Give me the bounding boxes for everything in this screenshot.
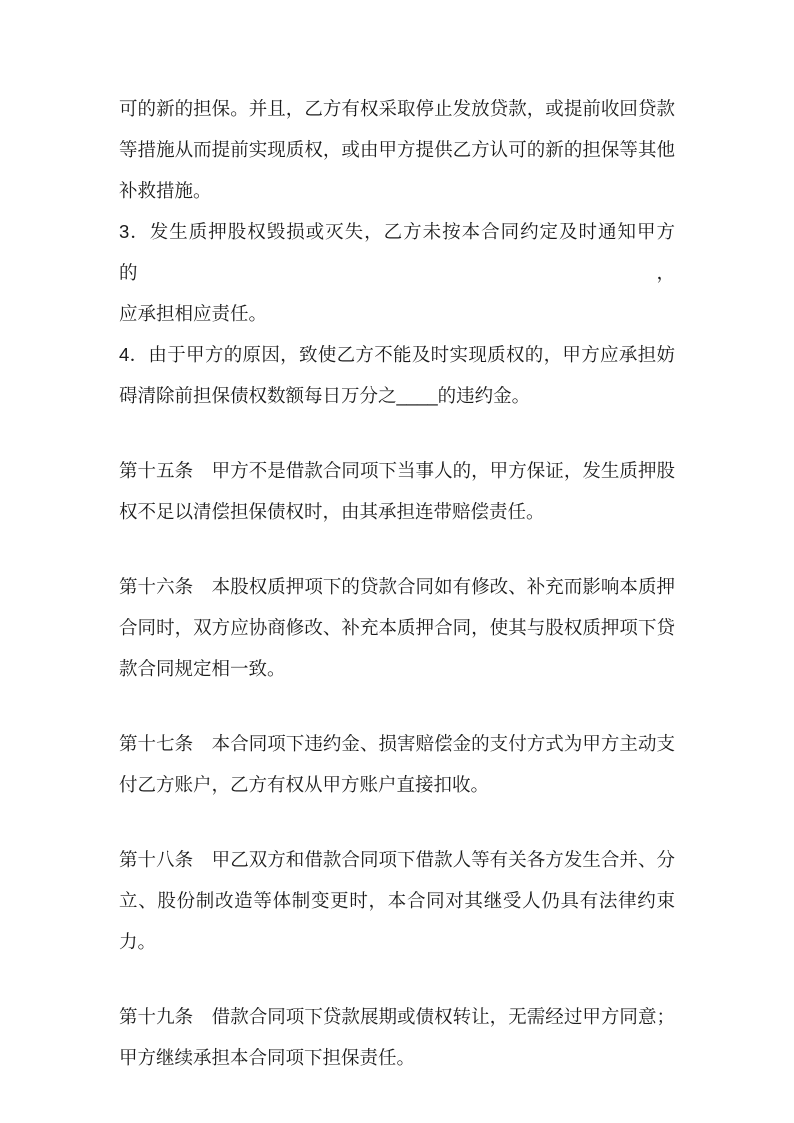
text-line: 付乙方账户，乙方有权从甲方账户直接扣收。: [119, 764, 675, 805]
text-line: 权不足以清偿担保债权时，由其承担连带赔偿责任。: [119, 491, 675, 532]
text-line: 第十七条 本合同项下违约金、损害赔偿金的支付方式为甲方主动支: [119, 723, 675, 764]
text-line: 第十五条 甲方不是借款合同项下当事人的，甲方保证，发生质押股: [119, 450, 675, 491]
page: 可的新的担保。并且，乙方有权采取停止发放贷款，或提前收回贷款等措施从而提前实现质…: [0, 0, 794, 1123]
numbered-item-3: 3．发生质押股权毁损或灭失，乙方未按本合同约定及时通知甲方的，应承担相应责任。: [119, 211, 675, 334]
text-line: 甲方继续承担本合同项下担保责任。: [119, 1037, 675, 1078]
document-body: 可的新的担保。并且，乙方有权采取停止发放贷款，或提前收回贷款等措施从而提前实现质…: [119, 88, 675, 1078]
text-line: 4．由于甲方的原因，致使乙方不能及时实现质权的，甲方应承担妨: [119, 334, 675, 375]
text-line: 第十八条 甲乙双方和借款合同项下借款人等有关各方发生合并、分: [119, 839, 675, 880]
text-line: 3．发生质押股权毁损或灭失，乙方未按本合同约定及时通知甲方的，: [119, 211, 675, 293]
text-line: 第十九条 借款合同项下贷款展期或债权转让，无需经过甲方同意；: [119, 996, 675, 1037]
text-line: 第十六条 本股权质押项下的贷款合同如有修改、补充而影响本质押: [119, 566, 675, 607]
article-17: 第十七条 本合同项下违约金、损害赔偿金的支付方式为甲方主动支付乙方账户，乙方有权…: [119, 723, 675, 805]
text-line: 可的新的担保。并且，乙方有权采取停止发放贷款，或提前收回贷款: [119, 88, 675, 129]
text-line: 立、股份制改造等体制变更时，本合同对其继受人仍具有法律约束力。: [119, 880, 675, 962]
text-line: 款合同规定相一致。: [119, 648, 675, 689]
text-line: 等措施从而提前实现质权，或由甲方提供乙方认可的新的担保等其他: [119, 129, 675, 170]
clause-continuation-paragraph: 可的新的担保。并且，乙方有权采取停止发放贷款，或提前收回贷款等措施从而提前实现质…: [119, 88, 675, 211]
article-15: 第十五条 甲方不是借款合同项下当事人的，甲方保证，发生质押股权不足以清偿担保债权…: [119, 450, 675, 532]
numbered-item-4: 4．由于甲方的原因，致使乙方不能及时实现质权的，甲方应承担妨碍清除前担保债权数额…: [119, 334, 675, 416]
article-19: 第十九条 借款合同项下贷款展期或债权转让，无需经过甲方同意；甲方继续承担本合同项…: [119, 996, 675, 1078]
text-line: 碍清除前担保债权数额每日万分之____的违约金。: [119, 375, 675, 416]
text-line: 合同时，双方应协商修改、补充本质押合同，使其与股权质押项下贷: [119, 607, 675, 648]
article-16: 第十六条 本股权质押项下的贷款合同如有修改、补充而影响本质押合同时，双方应协商修…: [119, 566, 675, 689]
text-line: 应承担相应责任。: [119, 293, 675, 334]
article-18: 第十八条 甲乙双方和借款合同项下借款人等有关各方发生合并、分立、股份制改造等体制…: [119, 839, 675, 962]
text-line: 补救措施。: [119, 170, 675, 211]
